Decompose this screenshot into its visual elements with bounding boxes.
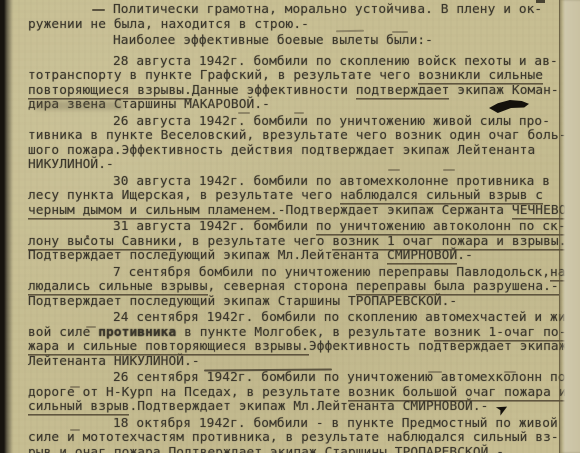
text-line: 26 сентября 1942г. бомбили по уничтожени…	[28, 371, 558, 386]
text-line: сильный взрыв.Подтверждает экипаж Мл.Лей…	[28, 400, 558, 415]
text-line: силе и мототехчастям противника, в резул…	[28, 431, 558, 446]
typewritten-text: Данные эффективности	[192, 83, 356, 98]
text-line: повторяющиеся взрывы.Данные эффективност…	[28, 84, 558, 99]
text-line: 31 августа 1942г. бомбили по уничтожению…	[28, 220, 558, 235]
underlined-text: людались сильные взрывы	[28, 279, 208, 294]
underlined-text: сильный взрыв	[28, 399, 129, 414]
underlined-text: черным дымом и сильным пламенем.	[28, 203, 278, 218]
text-line: черным дымом и сильным пламенем.-Подтвер…	[28, 204, 558, 219]
paper-crease	[559, 0, 560, 453]
text-line: шого пожара.Эффективность действия подтв…	[28, 144, 558, 159]
typewritten-text: рыв и очаг пожара.Подтверждает экипаж Ст…	[28, 445, 504, 453]
handwritten-dash	[86, 326, 96, 328]
paragraph: 26 августа 1942г. бомбили по уничтожению…	[28, 115, 558, 173]
paragraph: 18 октября 1942г. бомбили - в пункте Пре…	[28, 417, 558, 453]
underlined-text: лону высоты Савники	[28, 234, 176, 249]
text-line: лесу пункта Ищерская, в результате чего …	[28, 189, 558, 204]
pen-stroke	[238, 112, 250, 114]
text-line: Лейтенанта НИКУЛИНОЙ.-	[28, 355, 558, 370]
typewritten-text: тивника в пункте Веселовский, врезультат…	[28, 128, 567, 143]
typewritten-text: .Подтверждает экипаж Мл.Лейтенанта СМИРН…	[129, 399, 488, 414]
typewritten-text: 28 августа 1942г. бомбили по скоплению в…	[113, 54, 558, 69]
typewritten-text: 31 августа 1942г. бомбили	[113, 219, 316, 234]
underlined-text: жара и сильные повторяющиеся взрывы.	[28, 339, 309, 354]
text-line: 28 августа 1942г. бомбили по скоплению в…	[28, 55, 558, 70]
text-line: тивника в пункте Веселовский, врезультат…	[28, 129, 558, 144]
text-line: Наиболее эффективные боевые вылеты были:…	[28, 34, 558, 49]
text-line: Подтверждает последующий экипаж Старшины…	[28, 295, 558, 310]
underlined-text: возникли сильные	[418, 68, 543, 83]
typewritten-text: тотранспорту в пункте Графский, в резуль…	[28, 68, 418, 83]
text-line: тотранспорту в пункте Графский, в резуль…	[28, 69, 558, 84]
typewritten-text: ружении не была, находится в строю.-	[28, 17, 309, 32]
handwritten-dash	[70, 429, 80, 431]
typewritten-text: , в результате чего	[176, 234, 332, 249]
paragraph: 26 сентября 1942г. бомбили по уничтожени…	[28, 371, 558, 415]
underlined-text: по уничтожению автоколонн по ск-	[316, 219, 566, 234]
underlined-text: переправы была разрушена.-	[356, 279, 559, 294]
typewritten-text: Подтверждает последующий экипаж Мл.Лейте…	[28, 248, 387, 263]
text-line: 24 сентября 1942г. бомбили по скоплению …	[28, 311, 558, 326]
pencil-smudge	[34, 101, 124, 110]
typewritten-text: 26 сентября 1942г. бомбили по уничтожени…	[113, 370, 566, 385]
typewritten-text: противника	[98, 325, 176, 340]
underlined-text: возник 1-очаг по-	[434, 325, 567, 340]
typewritten-text: экипаж Коман-	[449, 83, 558, 98]
paragraph: Политически грамотна, морально устойчива…	[28, 3, 558, 32]
typewritten-text: в пункте Молгобек, в результате	[176, 325, 434, 340]
underlined-text: возник большой очаг пожара и	[348, 385, 567, 400]
underlined-text: возник 1 очаг пожара и взрывы.	[332, 234, 566, 249]
typewritten-text: 24 сентября 1942г. бомбили по скоплению …	[113, 310, 573, 325]
underlined-text: наблюдался сильный взрыв с	[340, 188, 543, 203]
text-line: вой силе противника в пункте Молгобек, в…	[28, 326, 558, 341]
text-line: жара и сильные повторяющиеся взрывы.Эффе…	[28, 340, 558, 355]
typewritten-text: Наиболее эффективные боевые вылеты были:…	[113, 33, 433, 48]
typewritten-text: Лейтенанта НИКУЛИНОЙ.-	[28, 354, 200, 369]
typewritten-text: 30 августа 1942г. бомбили по автомехколо…	[113, 174, 550, 189]
pen-stroke	[504, 371, 516, 373]
text-line: лону высоты Савники, в результате чего в…	[28, 235, 558, 250]
paragraph: Наиболее эффективные боевые вылеты были:…	[28, 34, 558, 49]
text-line: людались сильные взрывы, северная сторон…	[28, 280, 558, 295]
text-line: Подтверждает последующий экипаж Мл.Лейте…	[28, 249, 558, 264]
typewritten-text: шого пожара.Эффективность действия подтв…	[28, 143, 535, 158]
text-line: 30 августа 1942г. бомбили по автомехколо…	[28, 175, 558, 190]
text-line: ружении не была, находится в строю.-	[28, 18, 558, 33]
typewritten-text: лесу пункта Ищерская, в результате чего	[28, 188, 340, 203]
typewritten-text: -Подтверждает экипаж Сержанта	[278, 203, 512, 218]
typewritten-text: Эффективность подтверждает экипаж	[309, 339, 567, 354]
text-line: дороге от Н-Курп на Пседах, в результате…	[28, 386, 558, 401]
typewritten-text: 7 сентября бомбили по уничтожению перепр…	[113, 265, 550, 280]
underlined-text: подтверждает	[356, 83, 450, 98]
text-line: 26 августа 1942г. бомбили по уничтожению…	[28, 115, 558, 130]
pen-stroke	[428, 371, 442, 373]
typewritten-text: , северная сторона	[208, 279, 356, 294]
handwritten-dash	[70, 386, 80, 388]
underlined-text: повторяющиеся взрывы.	[28, 83, 192, 98]
typewritten-text: Политически грамотна, морально устойчива…	[113, 2, 542, 17]
typewritten-text: 26 августа 1942г. бомбили по уничтожению…	[113, 114, 550, 129]
paragraph: 31 августа 1942г. бомбили по уничтожению…	[28, 220, 558, 264]
handwritten-dash	[92, 9, 105, 11]
cutoff-mark	[536, 0, 545, 3]
underlined-text: СМИРНОВОЙ	[387, 248, 457, 263]
scan-edge-right	[559, 0, 580, 453]
pen-stroke	[443, 169, 455, 171]
text-line: 18 октября 1942г. бомбили - в пункте Пре…	[28, 417, 558, 432]
document-body: Политически грамотна, морально устойчива…	[28, 3, 558, 453]
text-line: 7 сентября бомбили по уничтожению перепр…	[28, 266, 558, 281]
scanned-document-page: Политически грамотна, морально устойчива…	[0, 0, 580, 453]
typewritten-text: Подтверждает последующий экипаж Старшины…	[28, 294, 457, 309]
scan-edge-left	[0, 0, 13, 453]
pen-stroke	[294, 112, 304, 114]
typewritten-text: силе и мототехчастям противника, в резул…	[28, 430, 559, 445]
typewritten-text: 18 октября 1942г. бомбили - в пункте Пре…	[113, 416, 558, 431]
text-line: Политически грамотна, морально устойчива…	[28, 3, 558, 18]
typewritten-text: НИКУЛИНОЙ.-	[28, 157, 114, 172]
text-line: рыв и очаг пожара.Подтверждает экипаж Ст…	[28, 446, 558, 453]
paragraph: 30 августа 1942г. бомбили по автомехколо…	[28, 175, 558, 219]
pen-stroke	[392, 31, 408, 33]
paragraph: 7 сентября бомбили по уничтожению перепр…	[28, 266, 558, 310]
typewritten-text: .-	[457, 248, 473, 263]
pen-stroke	[388, 169, 400, 171]
text-line: НИКУЛИНОЙ.-	[28, 158, 558, 173]
pen-dot	[86, 235, 89, 238]
paragraph: 24 сентября 1942г. бомбили по скоплению …	[28, 311, 558, 369]
